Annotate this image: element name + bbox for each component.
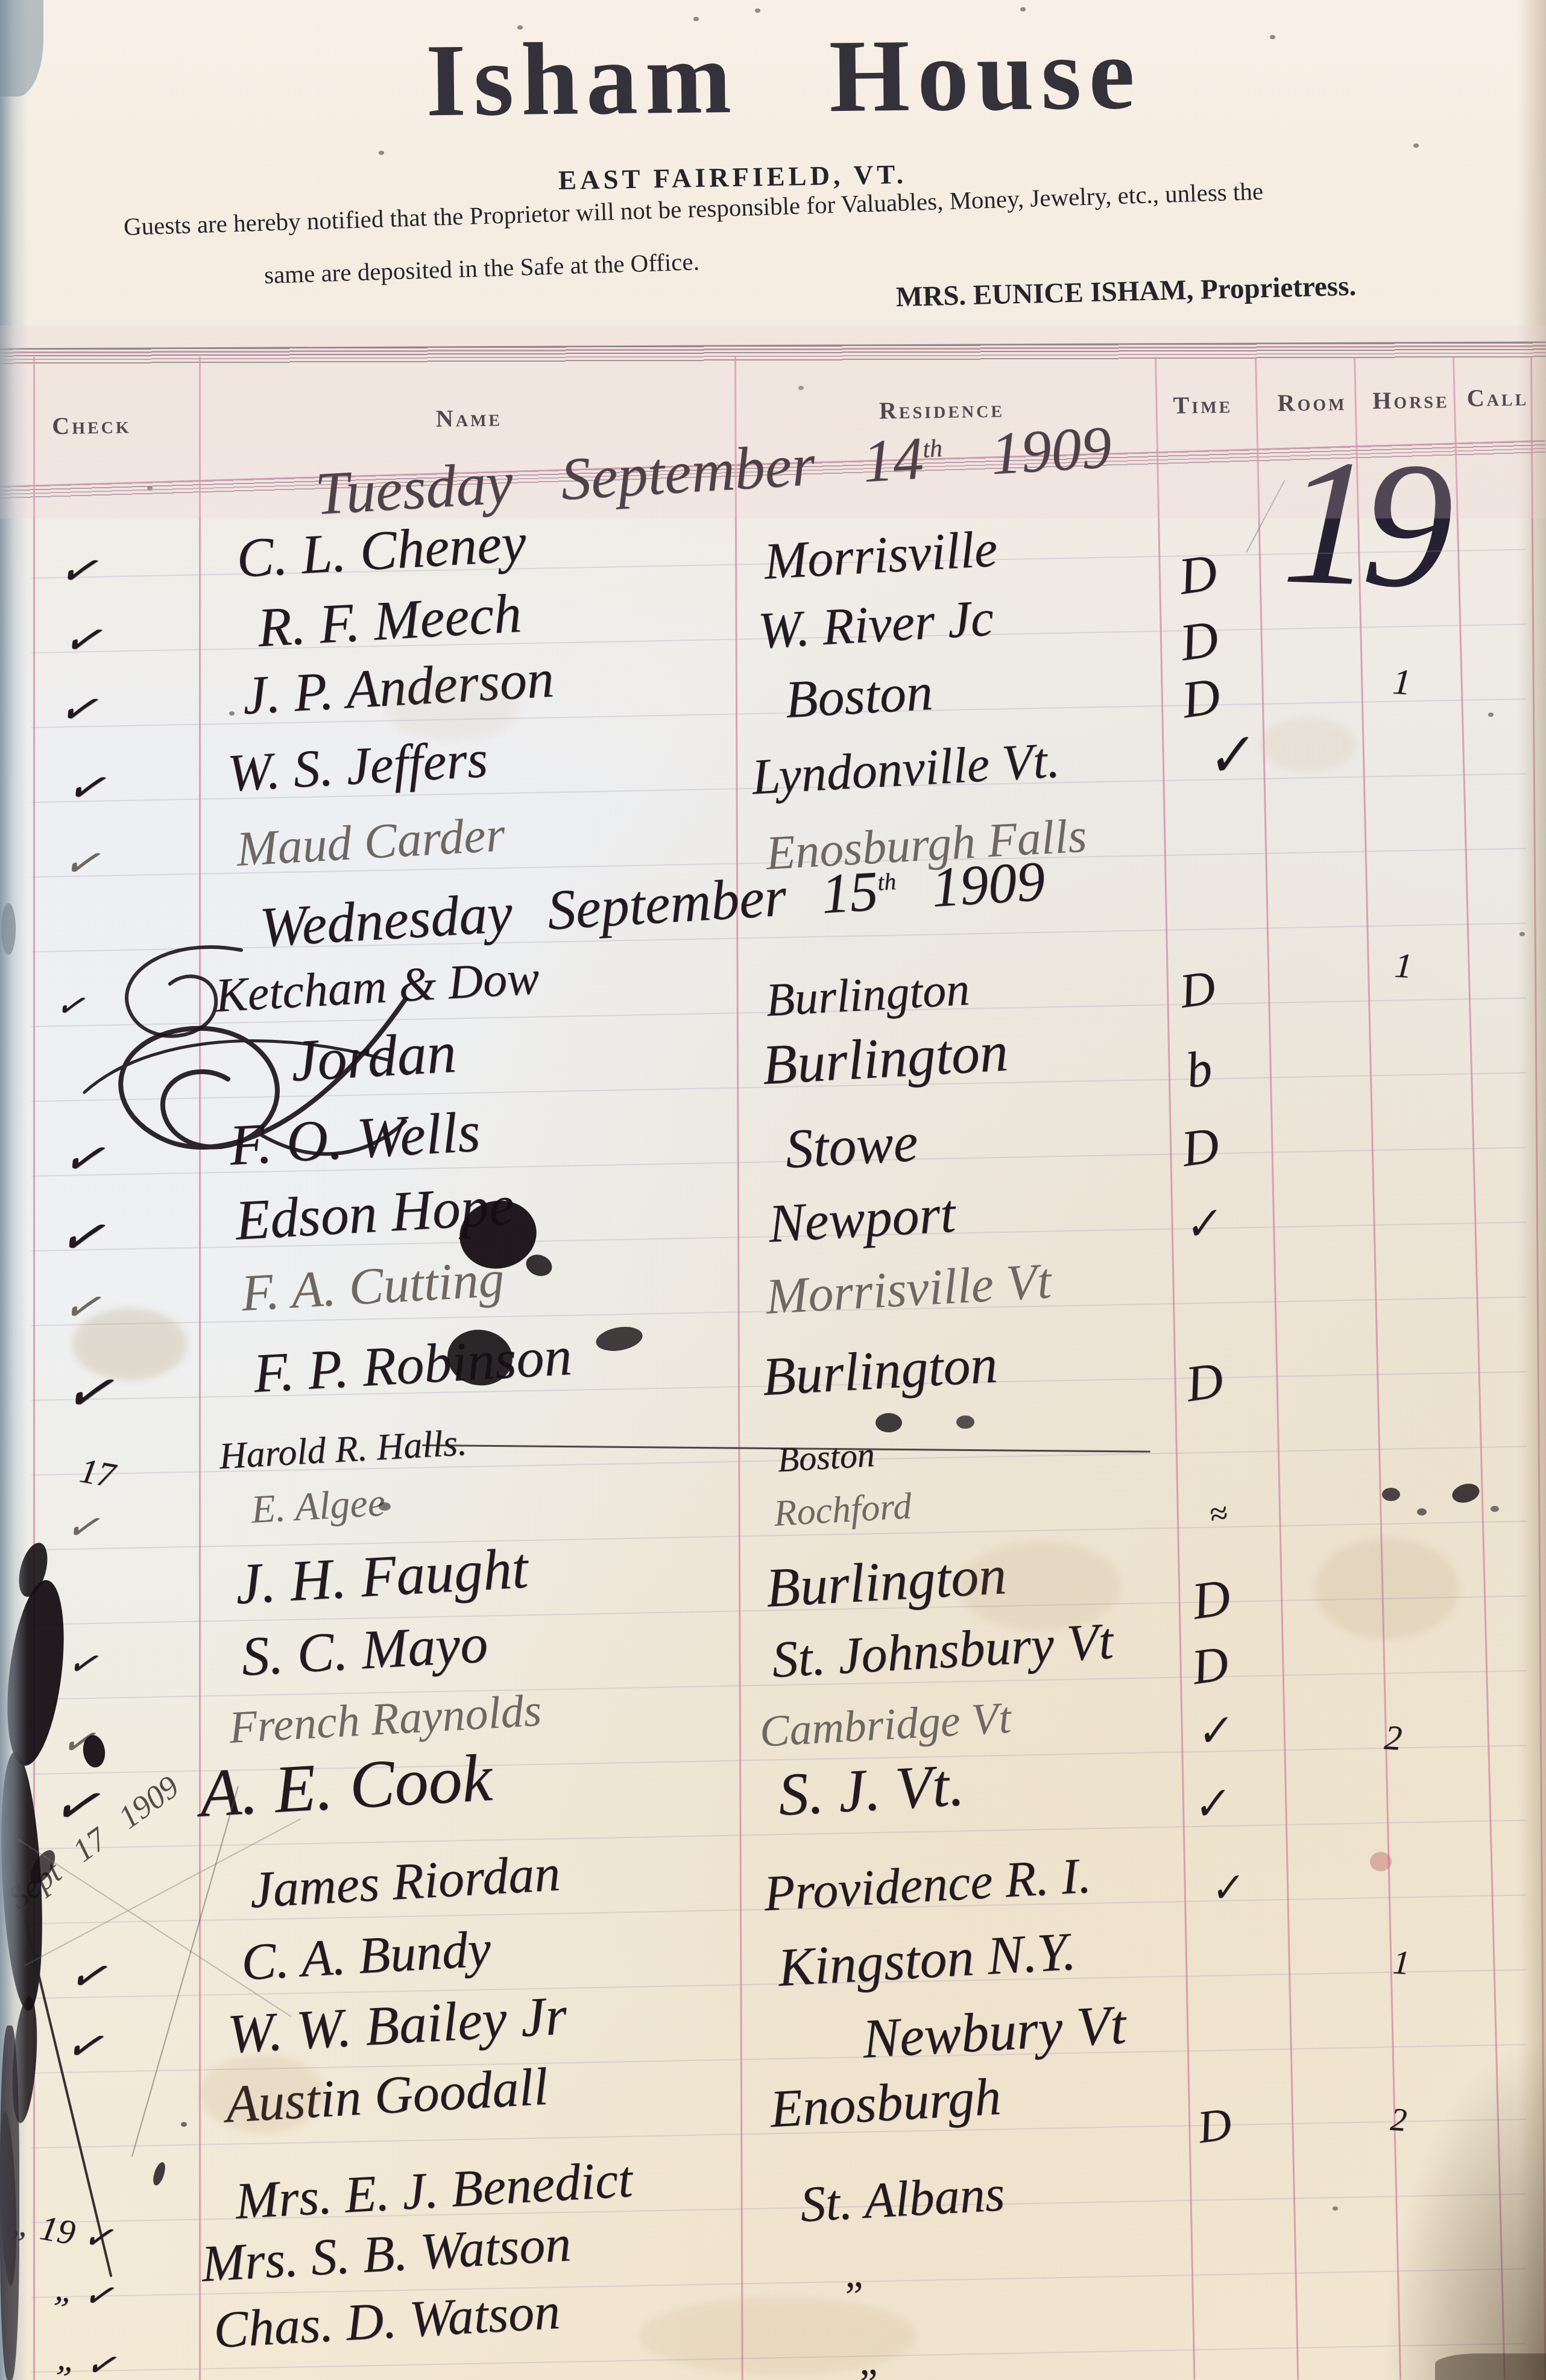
column-line <box>734 357 743 2380</box>
time-mark: D <box>1179 1120 1222 1176</box>
guest-name: E. Algee <box>250 1483 387 1530</box>
speck <box>1270 35 1275 39</box>
age-stain <box>199 2054 326 2133</box>
speck <box>1488 713 1494 717</box>
time-mark: b <box>1183 1043 1215 1097</box>
age-stain <box>386 675 519 741</box>
time-mark: D <box>1189 1570 1233 1627</box>
guest-residence: S. J. Vt. <box>777 1755 965 1825</box>
column-line <box>199 357 201 2380</box>
guest-name: A. E. Cook <box>198 1744 494 1828</box>
time-mark: D <box>1177 963 1218 1016</box>
column-line <box>1255 357 1299 2379</box>
age-stain <box>72 1308 187 1380</box>
ink-blot <box>181 2122 187 2127</box>
register-page: Isham House EAST FAIRFIELD, VT. Guests a… <box>0 0 1546 2380</box>
guest-name: F. A. Cutting <box>240 1253 506 1319</box>
guest-residence: Burlington <box>761 1337 999 1405</box>
time-mark: D <box>1179 669 1223 726</box>
check-mark: „ ✓ <box>55 2340 118 2380</box>
age-stain <box>1260 717 1357 772</box>
check-mark: ✓ <box>55 546 100 596</box>
guest-name: J. H. Faught <box>234 1539 529 1613</box>
guest-name: Mrs. E. J. Benedict <box>234 2153 634 2227</box>
horse-count: 1 <box>1392 663 1412 700</box>
guest-residence: Boston <box>784 666 934 727</box>
age-stain <box>1314 1537 1459 1640</box>
time-mark: D <box>1195 2100 1234 2150</box>
guest-name: W. W. Bailey Jr <box>226 1988 568 2062</box>
speck <box>958 68 963 72</box>
notice-line2: same are deposited in the Safe at the Of… <box>263 247 699 289</box>
guest-residence: Morrisville <box>763 522 999 587</box>
time-mark: ✓ <box>1193 1708 1232 1754</box>
time-mark: D <box>1189 1639 1231 1692</box>
age-stain <box>959 1541 1122 1631</box>
red-spot <box>1370 1852 1392 1871</box>
top-pink-tint <box>0 326 1546 518</box>
signature-flourish-small <box>98 936 254 1050</box>
time-mark: ✓ <box>1201 725 1255 787</box>
guest-residence: Boston <box>777 1437 876 1478</box>
horse-count: 1 <box>1393 948 1413 984</box>
horse-count: 2 <box>1383 1720 1403 1756</box>
guest-residence: W. River Jc <box>757 591 995 656</box>
guest-name: R. F. Meech <box>256 585 523 655</box>
check-mark: ✓ <box>55 1207 108 1267</box>
time-mark: D <box>1177 612 1221 669</box>
guest-name: S. C. Mayo <box>240 1615 489 1684</box>
guest-name: W. S. Jeffers <box>226 733 489 801</box>
guest-residence: „ <box>843 2252 868 2294</box>
check-mark: ✓ <box>66 1951 109 2000</box>
ink-blot <box>151 2161 168 2187</box>
time-mark: ✓ <box>1207 1868 1243 1910</box>
guest-residence: Burlington <box>761 1023 1009 1094</box>
speck <box>755 8 760 13</box>
guest-name: C. L. Cheney <box>235 514 528 586</box>
date-superscript: th <box>877 868 897 896</box>
top-left-corner-shade <box>0 0 43 96</box>
horse-count: 1 <box>1392 1945 1411 1980</box>
time-mark: ✓ <box>1181 1202 1222 1248</box>
guest-residence: Newbury Vt <box>861 1997 1127 2067</box>
ink-blot <box>523 1251 555 1280</box>
ink-blot <box>1417 1508 1427 1516</box>
guest-residence: Providence R. I. <box>763 1851 1092 1919</box>
speck <box>1413 143 1419 148</box>
guest-residence: Morrisville Vt <box>765 1256 1053 1323</box>
time-mark: ✓ <box>1189 1782 1230 1828</box>
time-mark: D <box>1183 1355 1226 1411</box>
page-title: Isham House <box>425 14 1143 140</box>
ink-blot <box>1491 1506 1499 1512</box>
ink-blot <box>379 1502 391 1511</box>
bottom-right-edge <box>1435 2353 1546 2380</box>
speck <box>379 151 384 155</box>
guest-residence: Burlington <box>765 965 971 1024</box>
speck <box>1020 7 1026 11</box>
guest-residence: Lyndonville Vt. <box>751 735 1061 802</box>
ink-blot <box>876 1413 902 1432</box>
guest-name: James Riordan <box>248 1846 561 1916</box>
time-mark: ≈ <box>1207 1496 1229 1531</box>
check-mark: 17 <box>77 1453 118 1493</box>
guest-name: French Raynolds <box>228 1687 543 1751</box>
guest-residence: Cambridge Vt <box>759 1696 1012 1754</box>
check-mark: ✓ <box>63 1505 102 1549</box>
ink-blot <box>956 1415 974 1429</box>
speck <box>229 711 235 716</box>
speck <box>517 25 523 30</box>
speck <box>1333 2206 1338 2211</box>
speck <box>693 17 699 21</box>
proprietor-line: MRS. EUNICE ISHAM, Proprietress. <box>895 269 1356 313</box>
time-mark: D <box>1176 546 1220 602</box>
guest-residence: Newport <box>767 1187 957 1251</box>
check-mark: ✓ <box>63 763 108 813</box>
bottom-right-curl <box>1381 2038 1546 2380</box>
check-mark: ✓ <box>65 1644 100 1684</box>
guest-residence: St. Albans <box>799 2168 1006 2230</box>
check-mark: ✓ <box>60 840 103 887</box>
guest-residence: Enosburgh <box>769 2071 1002 2136</box>
age-stain <box>639 2297 917 2375</box>
guest-residence: Rochford <box>773 1487 913 1532</box>
ink-blot <box>594 1324 644 1355</box>
guest-residence: Kingston N.Y. <box>777 1924 1077 1995</box>
check-mark: ✓ <box>60 615 104 666</box>
guest-name: Maud Carder <box>235 810 506 874</box>
left-gutter-shadow <box>0 2026 19 2380</box>
ink-blot <box>1450 1481 1481 1506</box>
guest-residence: Stowe <box>784 1114 920 1177</box>
guest-name: C. A. Bundy <box>240 1922 492 1988</box>
check-mark: ✓ <box>62 2021 106 2070</box>
ink-blot <box>1382 1488 1400 1501</box>
check-mark: „ ✓ <box>53 2271 116 2315</box>
check-mark: ✓ <box>55 684 100 735</box>
guest-name: Chas. D. Watson <box>212 2285 561 2356</box>
